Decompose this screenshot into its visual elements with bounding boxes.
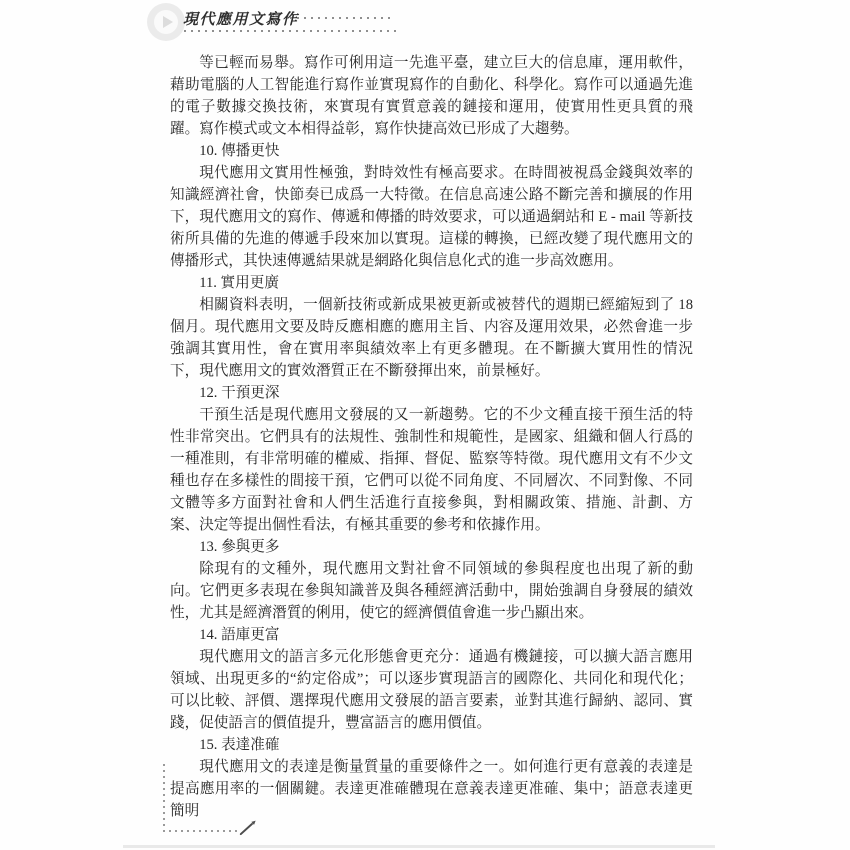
page-header-title: 現代應用文寫作 — [183, 8, 299, 29]
paragraph: 現代應用文的語言多元化形態會更充分：通過有機鏈接，可以擴大語言應用領域、出現更多… — [170, 646, 693, 734]
page-text-block: 等已輕而易舉。寫作可俐用這一先進平臺，建立巨大的信息庫，運用軟件，藉助電腦的人工… — [170, 52, 693, 822]
section-heading: 14. 語庫更富 — [170, 624, 693, 646]
section-heading: 15. 表達准確 — [170, 734, 693, 756]
paragraph: 現代應用文實用性極強，對時效性有極高要求。在時間被視爲金錢與效率的知識經濟社會，… — [170, 162, 693, 272]
paragraph: 相關資料表明，一個新技術或新成果被更新或被替代的週期已經縮短到了 18 個月。現… — [170, 294, 693, 382]
pencil-icon — [239, 823, 253, 836]
paragraph: 等已輕而易舉。寫作可俐用這一先進平臺，建立巨大的信息庫，運用軟件，藉助電腦的人工… — [170, 52, 693, 140]
section-heading: 12. 干預更深 — [170, 382, 693, 404]
paragraph: 除現有的文種外，現代應用文對社會不同領域的參與程度也出現了新的動向。它們更多表現… — [170, 558, 693, 624]
note-corner-horizontal-dotted-line — [163, 830, 237, 832]
section-heading: 10. 傳播更快 — [170, 140, 693, 162]
section-heading: 11. 實用更廣 — [170, 272, 693, 294]
paragraph: 干預生活是現代應用文發展的又一新趨勢。它的不少文種直接干預生活的特性非常突出。它… — [170, 404, 693, 536]
note-corner-vertical-dotted-line — [163, 764, 165, 830]
play-circle-icon — [147, 3, 185, 41]
play-triangle-icon — [163, 16, 173, 28]
header-dotted-line-under — [184, 30, 398, 32]
header-dotted-line-right — [290, 17, 392, 19]
paragraph: 現代應用文的表達是衡量質量的重要條件之一。如何進行更有意義的表達是提高應用率的一… — [170, 756, 693, 822]
book-page: 現代應用文寫作 等已輕而易舉。寫作可俐用這一先進平臺，建立巨大的信息庫，運用軟件… — [0, 0, 850, 850]
page-bottom-edge — [123, 845, 715, 848]
section-heading: 13. 參與更多 — [170, 536, 693, 558]
